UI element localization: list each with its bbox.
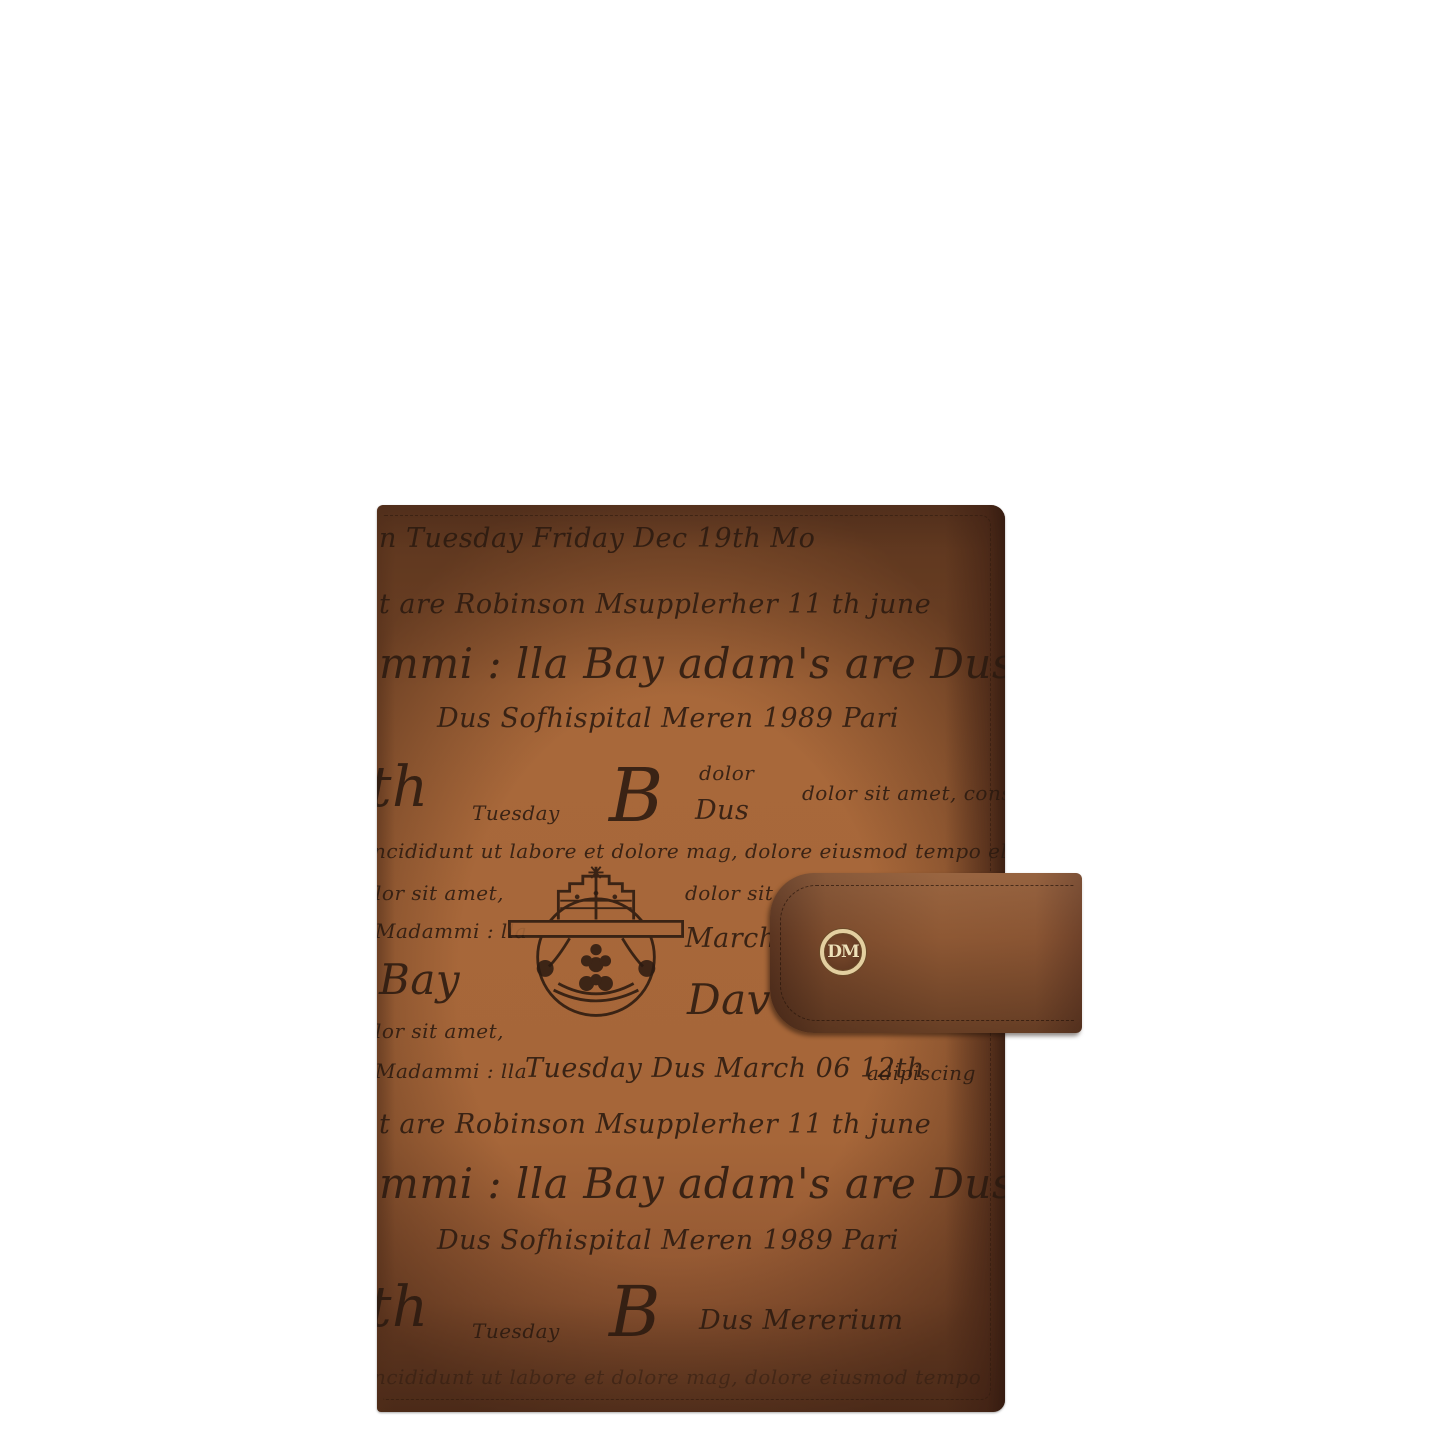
engraved-text: Tuesday [472, 1319, 560, 1343]
snap-button[interactable]: DM [820, 929, 866, 975]
engraved-text: Dus [695, 795, 749, 826]
engraved-text: ncididunt ut labore et dolore mag, dolor… [377, 1365, 981, 1389]
engraved-text: dolor [699, 761, 754, 785]
engraved-text: Tuesday Dus March 06 12th [525, 1053, 925, 1084]
engraved-text: adipiscing [867, 1061, 976, 1085]
engraved-text: Tuesday [472, 801, 560, 825]
engraved-text: ncididunt ut labore et dolore mag, dolor… [377, 839, 1005, 863]
monogram-b: B [609, 753, 664, 839]
clasp-strap[interactable]: DM [770, 873, 1082, 1033]
engraved-text: th [377, 755, 429, 820]
engraved-text: lor sit amet, [377, 881, 504, 905]
crest-emblem-icon [501, 863, 691, 1023]
engraved-text: March [685, 923, 777, 954]
engraved-text: t are Robinson Msupplerher 11 th june [379, 1109, 931, 1140]
engraved-text: lor sit amet, [377, 1019, 504, 1043]
engraved-text: th [377, 1275, 429, 1340]
engraved-text: Madammi : lla [377, 1059, 527, 1083]
engraved-text: Dus Mererium [699, 1305, 904, 1336]
engraved-text: Dus Sofhispital Meren 1989 Pari [437, 703, 899, 734]
engraved-text: mmi : lla Bay adam's are Dus are [379, 639, 1005, 688]
engraved-text: n Tuesday Friday Dec 19th Mo [379, 523, 815, 554]
engraved-text: Dav [687, 975, 771, 1024]
engraved-text: mmi : lla Bay adam's are Dus are [379, 1159, 1005, 1208]
engraved-text: dolor sit amet, consect [802, 781, 1005, 805]
engraved-text: Dus Sofhispital Meren 1989 Pari [437, 1225, 899, 1256]
brand-logo: DM [827, 942, 859, 962]
monogram-b: B [609, 1271, 661, 1353]
engraved-text: Bay [379, 955, 460, 1004]
engraved-text: t are Robinson Msupplerher 11 th june [379, 589, 931, 620]
